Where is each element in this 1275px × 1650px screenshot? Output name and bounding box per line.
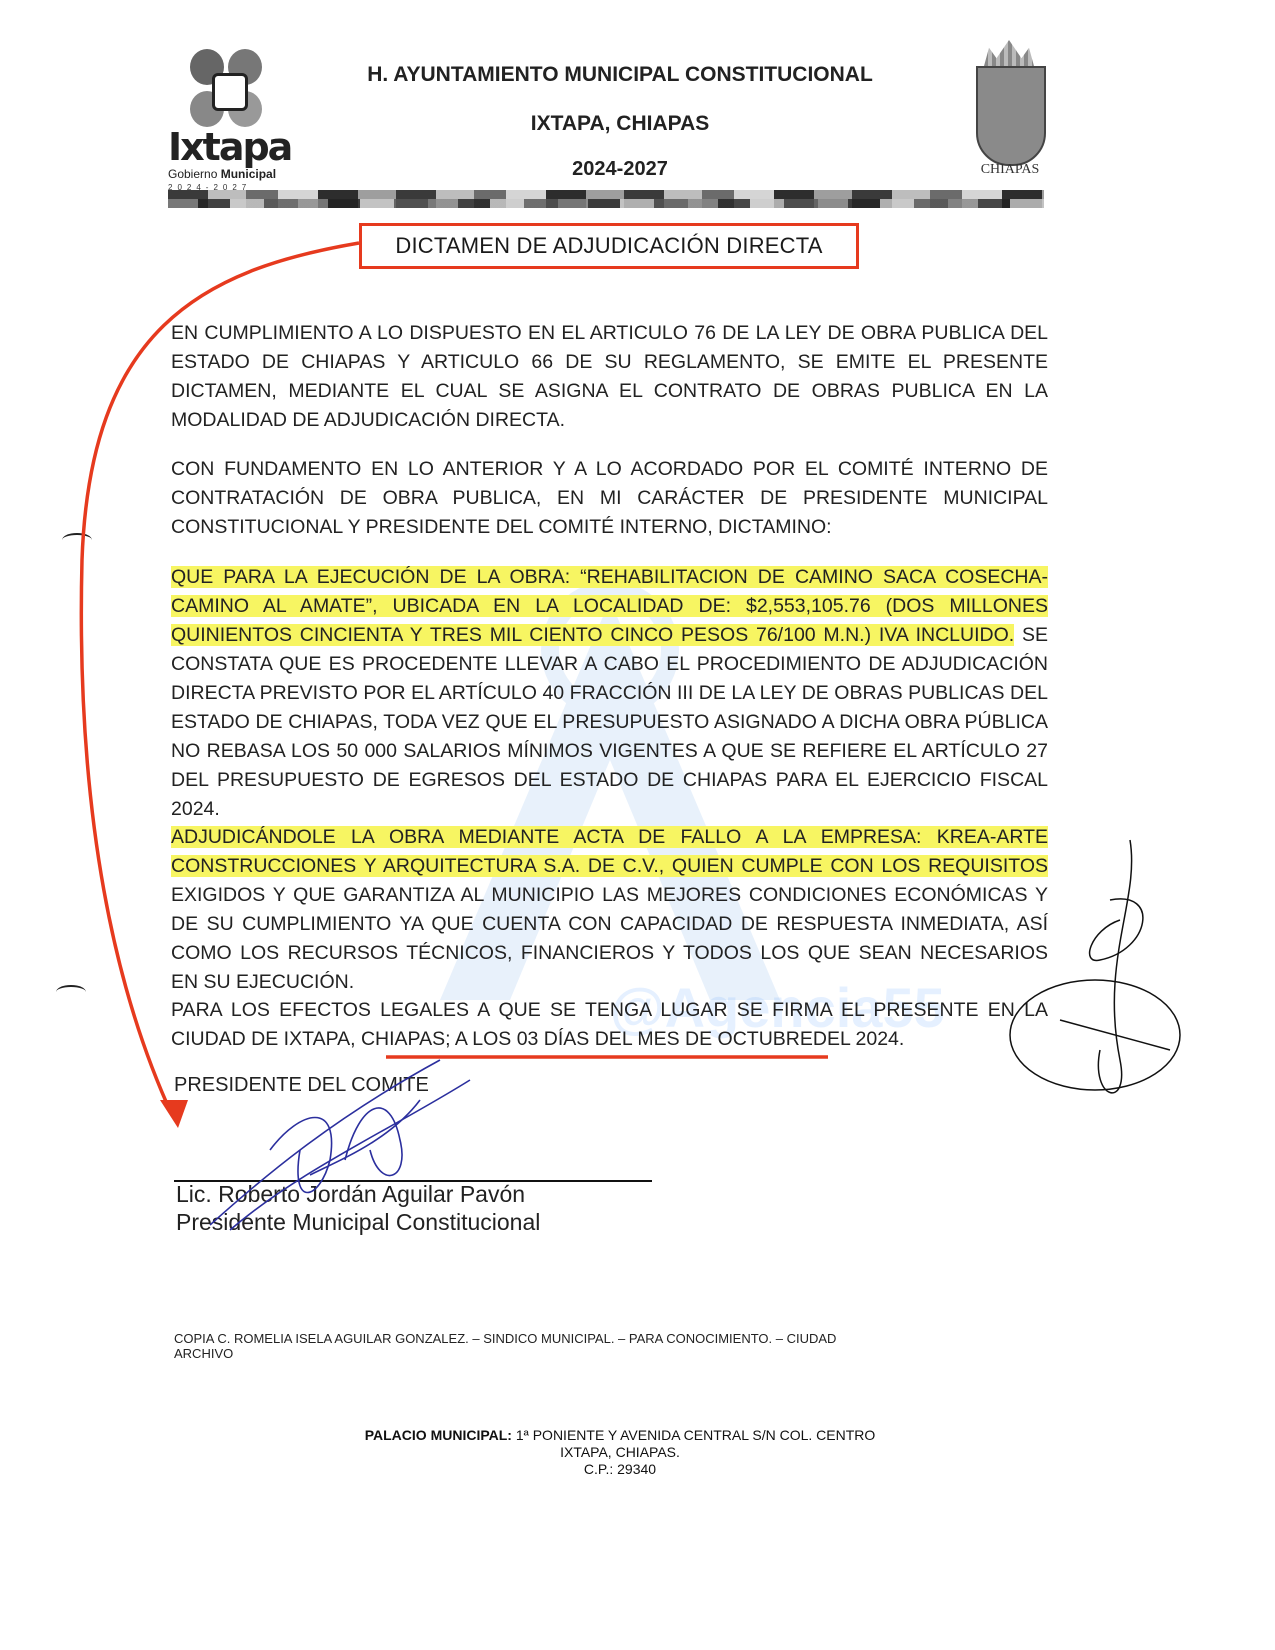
- header-divider-band: [168, 190, 1044, 208]
- shield-icon: [976, 66, 1046, 166]
- document-title: DICTAMEN DE ADJUDICACIÓN DIRECTA: [359, 223, 859, 269]
- header-title: H. AYUNTAMIENTO MUNICIPAL CONSTITUCIONAL: [300, 63, 940, 87]
- paragraph-foundation: CON FUNDAMENTO EN LO ANTERIOR Y A LO ACO…: [171, 455, 1048, 542]
- footer-address: PALACIO MUNICIPAL: 1ª PONIENTE Y AVENIDA…: [280, 1427, 960, 1443]
- highlight-work-amount: QUE PARA LA EJECUCIÓN DE LA OBRA: “REHAB…: [171, 566, 1048, 646]
- footer-city: IXTAPA, CHIAPAS.: [280, 1444, 960, 1460]
- state-crest: CHIAPAS: [970, 40, 1050, 180]
- signing-date: 03 DÍAS DEL MES DE OCTUBREDEL 2024.: [517, 1028, 905, 1050]
- signer-title: Presidente Municipal Constitucional: [176, 1209, 540, 1236]
- header-location: IXTAPA, CHIAPAS: [300, 112, 940, 136]
- crown-icon: [984, 40, 1034, 66]
- paragraph-signing: PARA LOS EFECTOS LEGALES A QUE SE TENGA …: [171, 996, 1048, 1054]
- signer-name: Lic. Roberto Jordán Aguilar Pavón: [176, 1181, 525, 1208]
- header-period: 2024-2027: [300, 158, 940, 181]
- municipal-logo: Ixtapa Gobierno Municipal 2024-2027: [168, 45, 286, 195]
- emblem-icon: [190, 49, 264, 129]
- copy-note: COPIA C. ROMELIA ISELA AGUILAR GONZALEZ.…: [174, 1331, 874, 1361]
- paragraph-work-description: QUE PARA LA EJECUCIÓN DE LA OBRA: “REHAB…: [171, 563, 1048, 824]
- logo-name: Ixtapa: [168, 127, 291, 167]
- paragraph-award: ADJUDICÁNDOLE LA OBRA MEDIANTE ACTA DE F…: [171, 823, 1048, 997]
- crest-label: CHIAPAS: [970, 162, 1050, 178]
- highlight-company: ADJUDICÁNDOLE LA OBRA MEDIANTE ACTA DE F…: [171, 826, 1048, 877]
- footer-postal-code: C.P.: 29340: [280, 1461, 960, 1477]
- red-arrow-head: [160, 1100, 188, 1128]
- signer-role-label: PRESIDENTE DEL COMITE: [174, 1074, 429, 1097]
- logo-subtitle: Gobierno Municipal: [168, 167, 276, 181]
- paragraph-legal-basis: EN CUMPLIMIENTO A LO DISPUESTO EN EL ART…: [171, 319, 1048, 435]
- page-edge-mark: [56, 985, 86, 999]
- page-edge-mark: [62, 533, 92, 547]
